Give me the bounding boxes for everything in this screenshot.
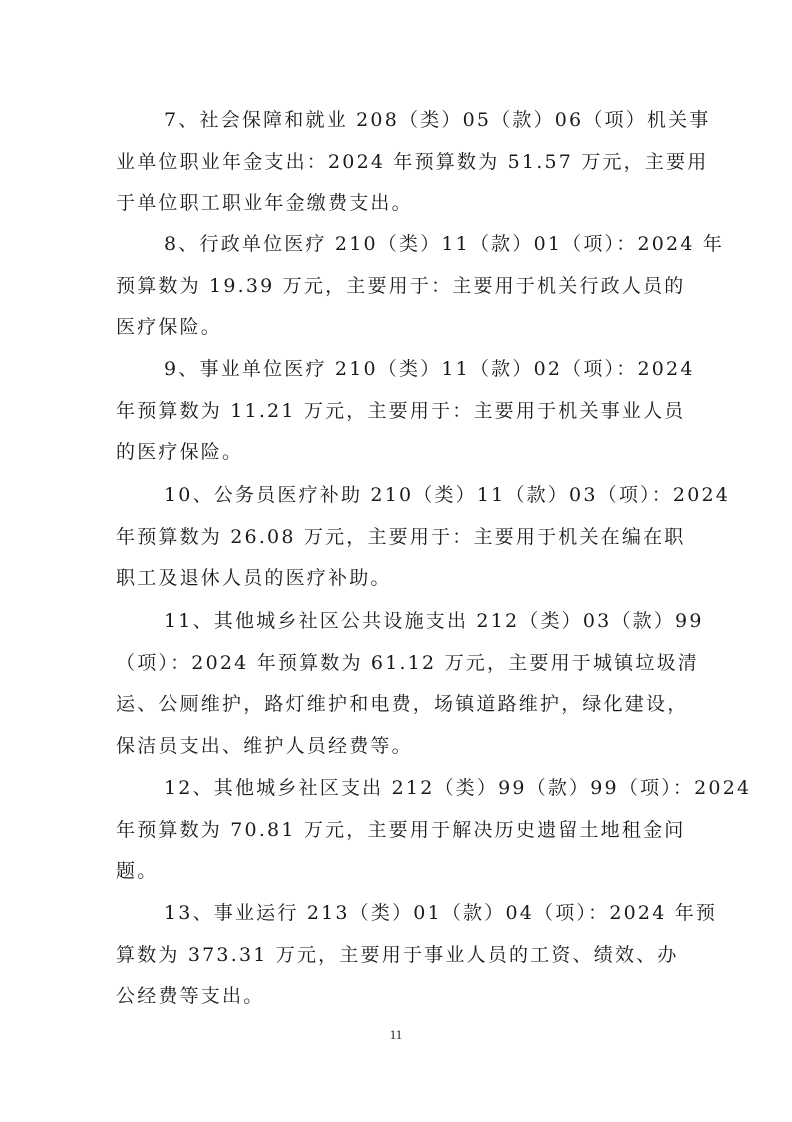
paragraph-line: 年预算数为 26.08 万元，主要用于：主要用于机关在编在职 [116,525,685,549]
paragraph-first-line: 7、社会保障和就业 208（类）05（款）06（项）机关事 [164,108,711,132]
paragraph-line: 年预算数为 11.21 万元，主要用于：主要用于机关事业人员 [116,399,685,423]
paragraph-first-line: 9、事业单位医疗 210（类）11（款）02（项）：2024 [164,357,695,381]
paragraph-line: 保洁员支出、维护人员经费等。 [116,734,413,758]
paragraph-line: 预算数为 19.39 万元，主要用于：主要用于机关行政人员的 [116,274,685,298]
paragraph-first-line: 12、其他城乡社区支出 212（类）99（款）99（项）：2024 [164,776,751,800]
paragraph-line: 医疗保险。 [116,315,222,339]
paragraph-first-line: 13、事业运行 213（类）01（款）04（项）：2024 年预 [164,901,717,925]
paragraph-line: 算数为 373.31 万元，主要用于事业人员的工资、绩效、办 [116,943,679,967]
paragraph-line: 业单位职业年金支出：2024 年预算数为 51.57 万元，主要用 [116,150,708,174]
paragraph-line: 公经费等支出。 [116,984,264,1008]
paragraph-line: 于单位职工职业年金缴费支出。 [116,191,413,215]
paragraph-first-line: 11、其他城乡社区公共设施支出 212（类）03（款）99 [164,609,704,633]
page-number: 11 [0,1027,792,1043]
paragraph-line: （项）：2024 年预算数为 61.12 万元，主要用于城镇垃圾清 [116,651,699,675]
paragraph-first-line: 10、公务员医疗补助 210（类）11（款）03（项）：2024 [164,483,730,507]
paragraph-first-line: 8、行政单位医疗 210（类）11（款）01（项）：2024 年 [164,232,724,256]
paragraph-line: 题。 [116,859,158,883]
paragraph-line: 的医疗保险。 [116,440,243,464]
paragraph-line: 职工及退休人员的医疗补助。 [116,566,392,590]
document-page: 7、社会保障和就业 208（类）05（款）06（项）机关事业单位职业年金支出：2… [0,0,792,1122]
paragraph-line: 年预算数为 70.81 万元，主要用于解决历史遗留土地租金问 [116,818,685,842]
paragraph-line: 运、公厕维护，路灯维护和电费，场镇道路维护，绿化建设， [116,692,688,716]
